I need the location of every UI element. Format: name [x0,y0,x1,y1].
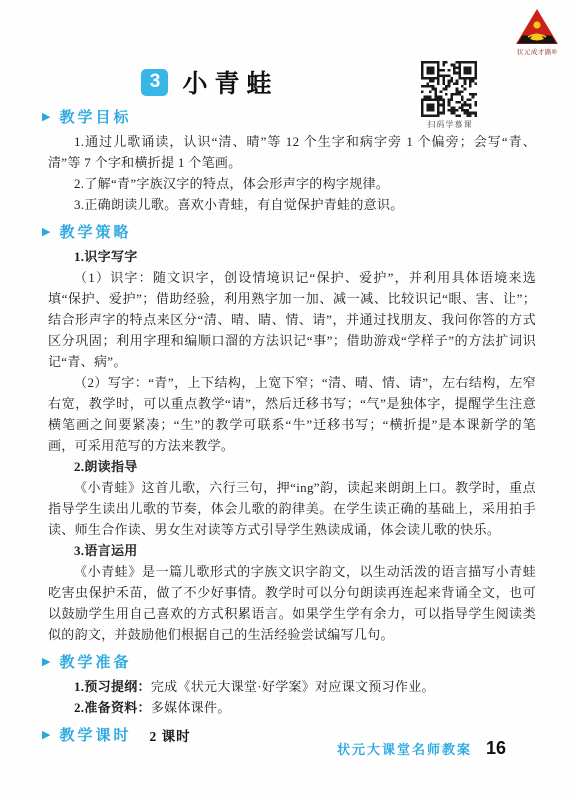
page-content: ▶ 教学目标 1.通过儿歌诵读，认识“清、晴”等 12 个生字和病字旁 1 个偏… [48,100,536,749]
lesson-title-text: 小青蛙 [182,64,278,100]
brand-logo-label: 状元成才路® [512,47,562,56]
strategy-subhead: 1.识字写字 [48,246,536,267]
strategy-paragraph: （1）识字：随文识字，创设情境识记“保护、爱护”，并利用具体语境来选填“保护、爱… [48,267,536,372]
strategy-subhead: 3.语言运用 [48,540,536,561]
hours-value: 2 课时 [149,725,190,745]
section-header-label: 教学策略 [59,221,131,242]
prep-item-text: 完成《状元大课堂·好学案》对应课文预习作业。 [151,679,435,694]
brand-logo: 状元成才路® [512,8,562,56]
goals-paragraph: 2.了解“青”字族汉字的特点，体会形声字的构字规律。 [48,173,536,194]
prep-item-lead: 1.预习提纲： [74,679,151,694]
prep-item-text: 多媒体课件。 [151,700,231,715]
lesson-title: 3 小青蛙 [0,64,420,100]
section-arrow-icon: ▶ [42,728,50,741]
section-header-label: 教学目标 [59,106,131,127]
section-arrow-icon: ▶ [42,225,50,238]
prep-item-lead: 2.准备资料： [74,700,151,715]
strategy-paragraph: （2）写字：“青”，上下结构，上宽下窄；“清、晴、情、请”，左右结构，左窄右宽，… [48,372,536,456]
lesson-number-badge: 3 [141,69,168,96]
strategy-paragraph: 《小青蛙》是一篇儿歌形式的字族文识字韵文，以生动活泼的语言描写小青蛙吃害虫保护禾… [48,561,536,645]
goals-paragraph: 1.通过儿歌诵读，认识“清、晴”等 12 个生字和病字旁 1 个偏旁；会写“青、… [48,131,536,173]
strategy-paragraph: 《小青蛙》这首儿歌，六行三句，押“ing”韵，读起来朗朗上口。教学时，重点指导学… [48,477,536,540]
section-header-goals: ▶ 教学目标 [42,106,536,127]
prep-item: 1.预习提纲：完成《状元大课堂·好学案》对应课文预习作业。 [48,676,536,697]
section-header-prep: ▶ 教学准备 [42,651,536,672]
section-header-strategy: ▶ 教学策略 [42,221,536,242]
brand-logo-icon [515,8,559,46]
prep-item: 2.准备资料：多媒体课件。 [48,697,536,718]
textbook-page: 状元成才路® 3 小青蛙 扫码学慕课 ▶ 教学目标 1.通过儿歌诵读，认识“清、… [0,0,574,802]
strategy-subhead: 2.朗读指导 [48,456,536,477]
footer-brand: 状元大课堂名师教案 [337,739,472,758]
section-header-label: 教学课时 [59,724,131,745]
section-arrow-icon: ▶ [42,110,50,123]
section-arrow-icon: ▶ [42,655,50,668]
section-header-label: 教学准备 [59,651,131,672]
page-footer: 状元大课堂名师教案 16 [337,738,506,759]
footer-page-number: 16 [486,738,506,759]
goals-paragraph: 3.正确朗读儿歌。喜欢小青蛙，有自觉保护青蛙的意识。 [48,194,536,215]
